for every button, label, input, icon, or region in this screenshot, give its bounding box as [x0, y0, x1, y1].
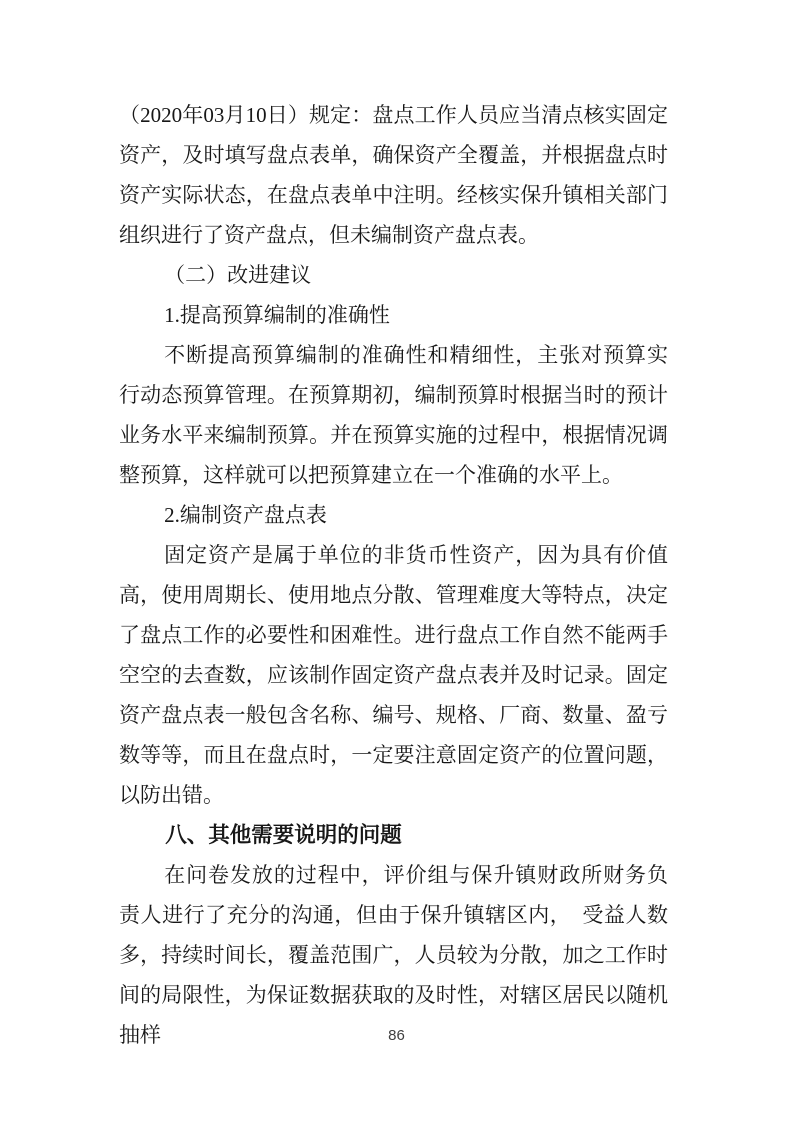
paragraph-fixed-asset-inventory: 固定资产是属于单位的非货币性资产，因为具有价值高，使用周期长、使用地点分散、管理… — [119, 535, 668, 815]
subheading-item-1: 1.提高预算编制的准确性 — [119, 295, 668, 335]
document-page: （2020年03月10日）规定：盘点工作人员应当清点核实固定资产，及时填写盘点表… — [0, 0, 793, 1122]
paragraph-budget-accuracy: 不断提高预算编制的准确性和精细性，主张对预算实行动态预算管理。在预算期初，编制预… — [119, 335, 668, 495]
section-heading-other-issues: 八、其他需要说明的问题 — [119, 815, 668, 855]
subheading-item-2: 2.编制资产盘点表 — [119, 495, 668, 535]
document-body: （2020年03月10日）规定：盘点工作人员应当清点核实固定资产，及时填写盘点表… — [119, 95, 668, 1055]
paragraph-regulation-continuation: （2020年03月10日）规定：盘点工作人员应当清点核实固定资产，及时填写盘点表… — [119, 95, 668, 255]
subheading-improvement-suggestions: （二）改进建议 — [119, 255, 668, 295]
paragraph-questionnaire-distribution: 在问卷发放的过程中，评价组与保升镇财政所财务负责人进行了充分的沟通，但由于保升镇… — [119, 855, 668, 1055]
page-number: 86 — [0, 1027, 793, 1044]
